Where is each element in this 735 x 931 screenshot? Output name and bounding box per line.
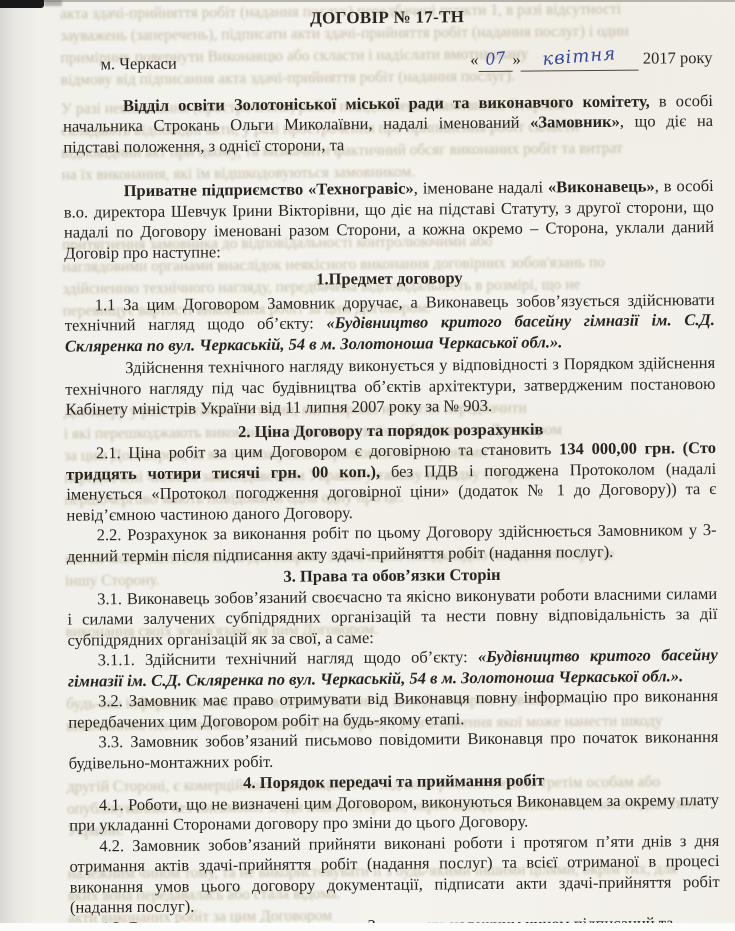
customer-org-name: Відділ освіти Золотоніської міської ради… [123, 91, 650, 115]
date-month-slot: квітня [521, 49, 639, 72]
clause-3-3: 3.3. Замовник зобов’язаний письмово пові… [68, 727, 718, 774]
clause-3-2: 3.2. Замовник має право отримувати від В… [68, 686, 718, 733]
clause-1-1: 1.1 За цим Договором Замовник доручає, а… [65, 289, 716, 356]
customer-role-label: «Замовник» [530, 112, 620, 132]
scanned-contract-page: акта здачі-прийняття робіт (надання посл… [0, 0, 735, 931]
scan-corner-mark [0, 0, 44, 8]
clause-4-2: 4.2. Замовник зобов’язаний прийняти вико… [69, 830, 720, 918]
clause-3-1-1-text: 3.1.1. Здійснити технічний нагляд щодо о… [98, 647, 478, 669]
date-close-quote: » [512, 50, 520, 69]
clause-2-1-text: 2.1. Ціна робіт за цим Договором є догов… [96, 439, 559, 462]
handwritten-month: квітня [542, 44, 617, 70]
clause-3-1: 3.1. Виконавець зобов’язаний своєчасно т… [67, 583, 718, 650]
page-skew-wrapper: акта здачі-прийняття робіт (надання посл… [0, 0, 735, 931]
clause-2-2: 2.2. Розрахунок за виконання робіт по ць… [67, 520, 717, 567]
clause-2-1: 2.1. Ціна робіт за цим Договором є догов… [66, 438, 717, 526]
scan-corner-smudge [44, 0, 62, 6]
contractor-text: , іменоване надалі [414, 177, 548, 197]
handwritten-day: 07 [484, 48, 507, 71]
date-year-text: 2017 року [643, 48, 713, 68]
place-date-row: м. Черкаси «07»квітня 2017 року [62, 45, 712, 75]
section-1-heading: 1.Предмет договору [64, 266, 714, 292]
contractor-org-name: Приватне підприємство «Техногравіс» [124, 179, 414, 201]
contract-document: ДОГОВІР № 17-ТН м. Черкаси «07»квітня 20… [62, 5, 720, 931]
document-title: ДОГОВІР № 17-ТН [62, 5, 712, 31]
scan-bottom-edge [0, 923, 735, 931]
place-of-signing: м. Черкаси [100, 54, 176, 75]
date-line: «07»квітня 2017 року [470, 48, 712, 72]
clause-4-1: 4.1. Роботи, що не визначені цим Договор… [69, 789, 719, 836]
date-day-slot: 07 [478, 50, 512, 72]
preamble-contractor-paragraph: Приватне підприємство «Техногравіс», іме… [64, 176, 715, 264]
preamble-customer-paragraph: Відділ освіти Золотоніської міської ради… [63, 90, 714, 157]
contractor-role-label: «Виконавець» [548, 177, 655, 197]
scan-top-edge [0, 0, 735, 2]
date-year: 2017 року [639, 48, 713, 68]
clause-3-1-1: 3.1.1. Здійснити технічний нагляд щодо о… [68, 645, 718, 692]
date-open-quote: « [470, 50, 478, 69]
clause-1-2: Здійснення технічного нагляду виконуєтьс… [65, 353, 716, 420]
